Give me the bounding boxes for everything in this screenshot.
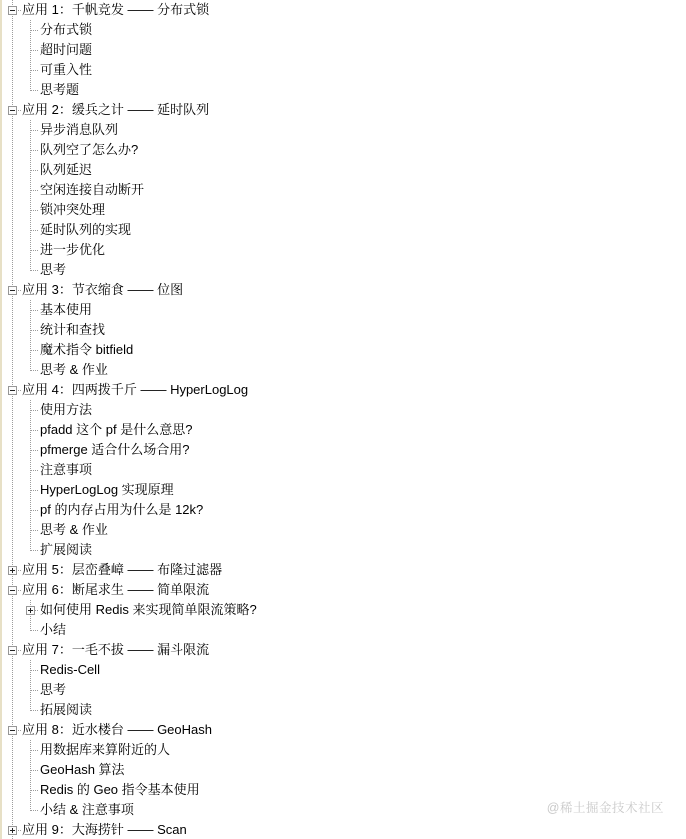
- tree-item-label[interactable]: 应用 8：近水楼台 —— GeoHash: [22, 720, 212, 740]
- tree-item-label[interactable]: 思考题: [40, 80, 79, 100]
- tree-item-label[interactable]: 扩展阅读: [40, 540, 92, 560]
- tree-connector-line: [31, 370, 38, 371]
- tree-connector-line: [12, 140, 13, 160]
- tree-item-label[interactable]: 异步消息队列: [40, 120, 118, 140]
- tree-connector-line: [12, 120, 13, 140]
- tree-connector-line: [35, 610, 39, 611]
- tree-item-label[interactable]: 队列延迟: [40, 160, 92, 180]
- tree-item-section[interactable]: pf 的内存占用为什么是 12k?: [0, 500, 686, 520]
- tree-item-label[interactable]: 进一步优化: [40, 240, 105, 260]
- tree-item-label[interactable]: 锁冲突处理: [40, 200, 105, 220]
- tree-connector-line: [12, 600, 13, 620]
- tree-item-label[interactable]: 使用方法: [40, 400, 92, 420]
- tree-item-section[interactable]: 锁冲突处理: [0, 200, 686, 220]
- tree-connector-line: [31, 670, 38, 671]
- tree-connector-line: [12, 320, 13, 340]
- tree-item-section[interactable]: 异步消息队列: [0, 120, 686, 140]
- tree-connector-line: [12, 420, 13, 440]
- tree-connector-line: [12, 60, 13, 80]
- tree-connector-line: [12, 40, 13, 60]
- expander-minus-icon[interactable]: [8, 386, 17, 395]
- tree-connector-line: [12, 220, 13, 240]
- expander-minus-icon[interactable]: [8, 6, 17, 15]
- expander-plus-icon[interactable]: [8, 566, 17, 575]
- tree-connector-line: [12, 500, 13, 520]
- tree-connector-line: [12, 180, 13, 200]
- tree-item-label[interactable]: 基本使用: [40, 300, 92, 320]
- tree-connector-line: [12, 740, 13, 760]
- tree-connector-line: [31, 490, 38, 491]
- tree-item-label[interactable]: Redis 的 Geo 指令基本使用: [40, 780, 200, 800]
- tree-connector-line: [31, 330, 38, 331]
- expander-minus-icon[interactable]: [8, 586, 17, 595]
- tree-item-label[interactable]: 分布式锁: [40, 20, 92, 40]
- tree-connector-line: [12, 660, 13, 680]
- tree-item-section[interactable]: 思考: [0, 260, 686, 280]
- tree-item-section[interactable]: 可重入性: [0, 60, 686, 80]
- tree-item-section[interactable]: Redis 的 Geo 指令基本使用: [0, 780, 686, 800]
- tree-item-chapter[interactable]: 应用 8：近水楼台 —— GeoHash: [0, 720, 686, 740]
- tree-connector-line: [12, 160, 13, 180]
- expander-glyph: [12, 568, 13, 573]
- tree-item-label[interactable]: 应用 3：节衣缩食 —— 位图: [22, 280, 183, 300]
- expander-plus-icon[interactable]: [26, 606, 35, 615]
- tree-connector-line: [12, 680, 13, 700]
- tree-item-section[interactable]: 注意事项: [0, 460, 686, 480]
- outline-tree: 应用 1：千帆竞发 —— 分布式锁分布式锁超时问题可重入性思考题应用 2：缓兵之…: [0, 0, 686, 839]
- tree-connector-line: [31, 410, 38, 411]
- tree-connector-line: [12, 80, 13, 100]
- tree-item-label[interactable]: GeoHash 算法: [40, 760, 125, 780]
- tree-item-section[interactable]: 如何使用 Redis 来实现简单限流策略?: [0, 600, 686, 620]
- tree-connector-line: [31, 250, 38, 251]
- tree-item-label[interactable]: 空闲连接自动断开: [40, 180, 144, 200]
- tree-item-chapter[interactable]: 应用 5：层峦叠嶂 —— 布隆过滤器: [0, 560, 686, 580]
- tree-connector-line: [31, 430, 38, 431]
- tree-connector-line: [31, 630, 38, 631]
- expander-glyph: [10, 390, 15, 391]
- tree-connector-line: [31, 510, 38, 511]
- tree-connector-line: [12, 300, 13, 320]
- tree-item-label[interactable]: 魔术指令 bitfield: [40, 340, 133, 360]
- tree-connector-line: [12, 480, 13, 500]
- tree-connector-line: [31, 790, 38, 791]
- tree-item-section[interactable]: pfmerge 适合什么场合用?: [0, 440, 686, 460]
- tree-connector-line: [12, 800, 13, 820]
- tree-item-chapter[interactable]: 应用 9：大海捞针 —— Scan: [0, 820, 686, 839]
- tree-item-chapter[interactable]: 应用 4：四两拨千斤 —— HyperLogLog: [0, 380, 686, 400]
- tree-item-label[interactable]: 应用 9：大海捞针 —— Scan: [22, 820, 187, 839]
- tree-item-section[interactable]: GeoHash 算法: [0, 760, 686, 780]
- expander-plus-icon[interactable]: [8, 826, 17, 835]
- tree-item-section[interactable]: 队列空了怎么办?: [0, 140, 686, 160]
- tree-connector-line: [31, 810, 38, 811]
- tree-item-label[interactable]: 小结: [40, 620, 66, 640]
- tree-item-section[interactable]: 用数据库来算附近的人: [0, 740, 686, 760]
- tree-item-label[interactable]: 思考: [40, 260, 66, 280]
- tree-connector-line: [31, 30, 38, 31]
- tree-connector-line: [12, 700, 13, 720]
- tree-connector-line: [12, 340, 13, 360]
- tree-item-label[interactable]: 队列空了怎么办?: [40, 140, 138, 160]
- tree-item-section[interactable]: 空闲连接自动断开: [0, 180, 686, 200]
- tree-connector-line: [31, 210, 38, 211]
- tree-connector-line: [31, 470, 38, 471]
- tree-item-label[interactable]: 思考 & 作业: [40, 520, 108, 540]
- tree-item-label[interactable]: 应用 2：缓兵之计 —— 延时队列: [22, 100, 209, 120]
- tree-connector-line: [31, 50, 38, 51]
- watermark: @稀土掘金技术社区: [547, 798, 664, 816]
- tree-item-section[interactable]: 使用方法: [0, 400, 686, 420]
- tree-item-chapter[interactable]: 应用 1：千帆竞发 —— 分布式锁: [0, 0, 686, 20]
- expander-glyph: [10, 110, 15, 111]
- tree-item-label[interactable]: 如何使用 Redis 来实现简单限流策略?: [40, 600, 257, 620]
- expander-glyph: [30, 608, 31, 613]
- tree-item-chapter[interactable]: 应用 7：一毛不拔 —— 漏斗限流: [0, 640, 686, 660]
- expander-minus-icon[interactable]: [8, 106, 17, 115]
- tree-item-label[interactable]: 注意事项: [40, 460, 92, 480]
- tree-item-label[interactable]: 应用 6：断尾求生 —— 简单限流: [22, 580, 209, 600]
- tree-connector-line: [12, 520, 13, 540]
- tree-connector-line: [12, 440, 13, 460]
- tree-item-section[interactable]: 延时队列的实现: [0, 220, 686, 240]
- expander-glyph: [10, 290, 15, 291]
- tree-item-label[interactable]: 应用 5：层峦叠嶂 —— 布隆过滤器: [22, 560, 222, 580]
- tree-item-section[interactable]: pfadd 这个 pf 是什么意思?: [0, 420, 686, 440]
- tree-item-label[interactable]: 思考 & 作业: [40, 360, 108, 380]
- tree-connector-line: [12, 780, 13, 800]
- tree-item-section[interactable]: 小结: [0, 620, 686, 640]
- tree-item-label[interactable]: 应用 1：千帆竞发 —— 分布式锁: [22, 0, 209, 20]
- tree-item-section[interactable]: 魔术指令 bitfield: [0, 340, 686, 360]
- tree-item-label[interactable]: 统计和查找: [40, 320, 105, 340]
- tree-item-section[interactable]: 基本使用: [0, 300, 686, 320]
- tree-connector-line: [12, 20, 13, 40]
- tree-connector-line: [12, 460, 13, 480]
- tree-connector-line: [31, 710, 38, 711]
- tree-connector-line: [31, 750, 38, 751]
- tree-item-section[interactable]: HyperLogLog 实现原理: [0, 480, 686, 500]
- tree-connector-line: [31, 550, 38, 551]
- tree-connector-line: [31, 170, 38, 171]
- tree-item-section[interactable]: Redis-Cell: [0, 660, 686, 680]
- tree-item-section[interactable]: 思考: [0, 680, 686, 700]
- tree-item-section[interactable]: 进一步优化: [0, 240, 686, 260]
- tree-connector-line: [31, 230, 38, 231]
- tree-connector-line: [12, 540, 13, 560]
- tree-connector-line: [31, 90, 38, 91]
- tree-connector-line: [12, 360, 13, 380]
- tree-connector-line: [12, 760, 13, 780]
- tree-item-section[interactable]: 思考 & 作业: [0, 360, 686, 380]
- tree-connector-line: [12, 240, 13, 260]
- expander-minus-icon[interactable]: [8, 286, 17, 295]
- tree-item-section[interactable]: 扩展阅读: [0, 540, 686, 560]
- tree-item-label[interactable]: pf 的内存占用为什么是 12k?: [40, 500, 203, 520]
- tree-item-label[interactable]: 应用 4：四两拨千斤 —— HyperLogLog: [22, 380, 248, 400]
- tree-item-label[interactable]: 思考: [40, 680, 66, 700]
- tree-item-chapter[interactable]: 应用 3：节衣缩食 —— 位图: [0, 280, 686, 300]
- tree-item-section[interactable]: 超时问题: [0, 40, 686, 60]
- expander-glyph: [10, 590, 15, 591]
- tree-item-label[interactable]: 拓展阅读: [40, 700, 92, 720]
- tree-connector-line: [31, 530, 38, 531]
- tree-item-label[interactable]: 延时队列的实现: [40, 220, 131, 240]
- expander-glyph: [12, 828, 13, 833]
- tree-connector-line: [31, 270, 38, 271]
- tree-connector-line: [31, 190, 38, 191]
- tree-connector-line: [12, 620, 13, 640]
- expander-glyph: [10, 10, 15, 11]
- tree-item-label[interactable]: HyperLogLog 实现原理: [40, 480, 174, 500]
- tree-item-label[interactable]: 小结 & 注意事项: [40, 800, 134, 820]
- tree-connector-line: [31, 130, 38, 131]
- expander-minus-icon[interactable]: [8, 726, 17, 735]
- expander-glyph: [10, 650, 15, 651]
- tree-connector-line: [31, 770, 38, 771]
- expander-glyph: [10, 730, 15, 731]
- tree-item-section[interactable]: 拓展阅读: [0, 700, 686, 720]
- tree-item-label[interactable]: 超时问题: [40, 40, 92, 60]
- tree-connector-line: [31, 690, 38, 691]
- tree-item-label[interactable]: 用数据库来算附近的人: [40, 740, 170, 760]
- tree-item-section[interactable]: 思考题: [0, 80, 686, 100]
- tree-item-label[interactable]: 可重入性: [40, 60, 92, 80]
- tree-connector-line: [31, 70, 38, 71]
- tree-item-label[interactable]: pfadd 这个 pf 是什么意思?: [40, 420, 192, 440]
- tree-item-chapter[interactable]: 应用 2：缓兵之计 —— 延时队列: [0, 100, 686, 120]
- tree-connector-line: [12, 200, 13, 220]
- tree-connector-line: [31, 450, 38, 451]
- tree-connector-line: [31, 150, 38, 151]
- tree-connector-line: [12, 260, 13, 280]
- tree-item-label[interactable]: pfmerge 适合什么场合用?: [40, 440, 190, 460]
- tree-item-section[interactable]: 思考 & 作业: [0, 520, 686, 540]
- tree-item-label[interactable]: 应用 7：一毛不拔 —— 漏斗限流: [22, 640, 209, 660]
- tree-item-chapter[interactable]: 应用 6：断尾求生 —— 简单限流: [0, 580, 686, 600]
- tree-connector-line: [31, 350, 38, 351]
- tree-item-section[interactable]: 队列延迟: [0, 160, 686, 180]
- tree-item-label[interactable]: Redis-Cell: [40, 660, 100, 680]
- tree-connector-line: [12, 400, 13, 420]
- tree-item-section[interactable]: 分布式锁: [0, 20, 686, 40]
- expander-minus-icon[interactable]: [8, 646, 17, 655]
- tree-item-section[interactable]: 统计和查找: [0, 320, 686, 340]
- tree-connector-line: [31, 310, 38, 311]
